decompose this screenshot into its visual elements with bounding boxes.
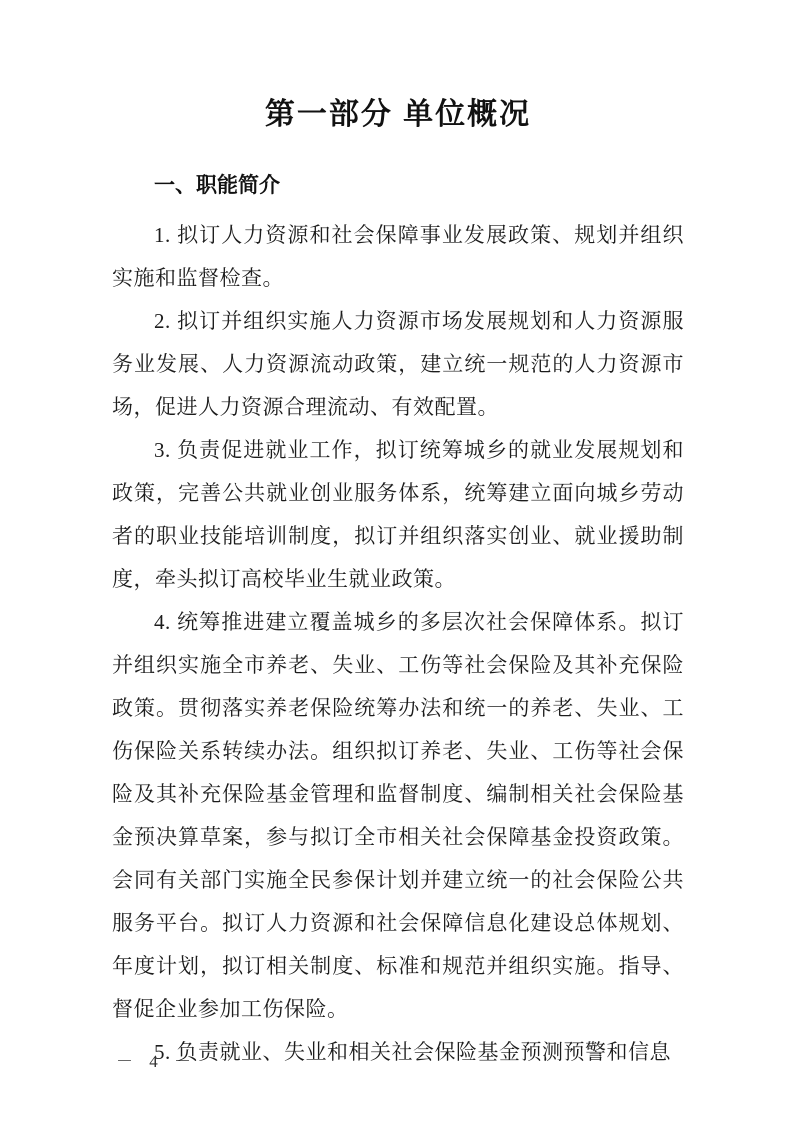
body-paragraph-5: 5. 负责就业、失业和相关社会保险基金预测预警和信息 (112, 1031, 684, 1074)
page-title: 第一部分 单位概况 (112, 96, 684, 134)
document-page: 第一部分 单位概况 一、职能简介 1. 拟订人力资源和社会保障事业发展政策、规划… (0, 0, 793, 1122)
section-heading: 一、职能简介 (112, 172, 684, 200)
page-number: － 4 － (116, 1047, 197, 1072)
body-paragraph-3: 3. 负责促进就业工作，拟订统筹城乡的就业发展规划和政策，完善公共就业创业服务体… (112, 429, 684, 601)
body-paragraph-1: 1. 拟订人力资源和社会保障事业发展政策、规划并组织实施和监督检查。 (112, 214, 684, 300)
body-paragraph-4: 4. 统筹推进建立覆盖城乡的多层次社会保障体系。拟订并组织实施全市养老、失业、工… (112, 601, 684, 1031)
page-content: 第一部分 单位概况 一、职能简介 1. 拟订人力资源和社会保障事业发展政策、规划… (112, 96, 684, 1074)
body-paragraph-2: 2. 拟订并组织实施人力资源市场发展规划和人力资源服务业发展、人力资源流动政策，… (112, 300, 684, 429)
